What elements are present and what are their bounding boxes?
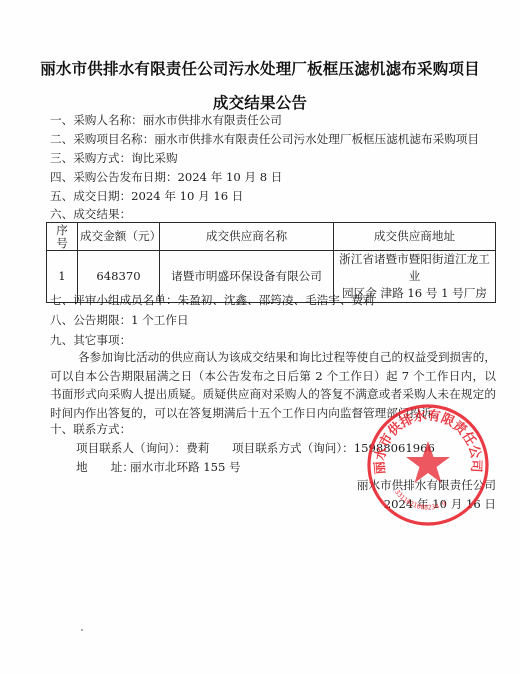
- scan-speck: [81, 629, 83, 631]
- result-table: 序 号 成交金额（元） 成交供应商名称 成交供应商地址 1 648370 诸暨市…: [46, 222, 496, 303]
- header-supplier: 成交供应商名称: [160, 223, 334, 251]
- publish-date-line: 四、采购公告发布日期：2024 年 10 月 8 日: [50, 169, 282, 185]
- header-seq-line1: 序: [56, 223, 68, 237]
- address-line1: 浙江省诸暨市暨阳街道江龙工业: [339, 252, 490, 283]
- result-heading: 六、成交结果：: [50, 206, 131, 222]
- review-panel-line: 七、评审小组成员名单：朱盈初、沈鑫、邵筠凌、毛浩宇、费莉: [50, 292, 375, 308]
- table-header-row: 序 号 成交金额（元） 成交供应商名称 成交供应商地址: [47, 223, 496, 251]
- deal-date-line: 五、成交日期：2024 年 10 月 16 日: [50, 188, 243, 204]
- header-address: 成交供应商地址: [334, 223, 496, 251]
- header-seq-line2: 号: [56, 236, 68, 250]
- project-name-line: 二、采购项目名称：丽水市供排水有限责任公司污水处理厂板框压滤机滤布采购项目: [50, 131, 479, 147]
- address-label: 地 址：: [76, 459, 134, 475]
- document-title: 丽水市供排水有限责任公司污水处理厂板框压滤机滤布采购项目: [0, 57, 520, 79]
- address-value: 丽水市北环路 155 号: [130, 459, 241, 475]
- contact-person: 项目联系人（询问）：费莉: [76, 440, 209, 456]
- svg-text:3311021008234 9: 3311021008234 9: [393, 488, 448, 512]
- document-subtitle: 成交结果公告: [0, 91, 520, 113]
- method-line: 三、采购方式：询比采购: [50, 150, 178, 166]
- notice-period-line: 八、公告期限：1 个工作日: [50, 312, 189, 328]
- contact-heading: 十、联系方式：: [50, 421, 131, 437]
- purchaser-line: 一、采购人名称：丽水市供排水有限责任公司: [50, 112, 282, 128]
- header-amount: 成交金额（元）: [78, 223, 160, 251]
- other-heading: 九、其它事项：: [50, 332, 131, 348]
- company-seal-icon: 丽水市供排水有限责任公司 3311021008234 9: [366, 403, 490, 527]
- header-seq: 序 号: [47, 223, 78, 251]
